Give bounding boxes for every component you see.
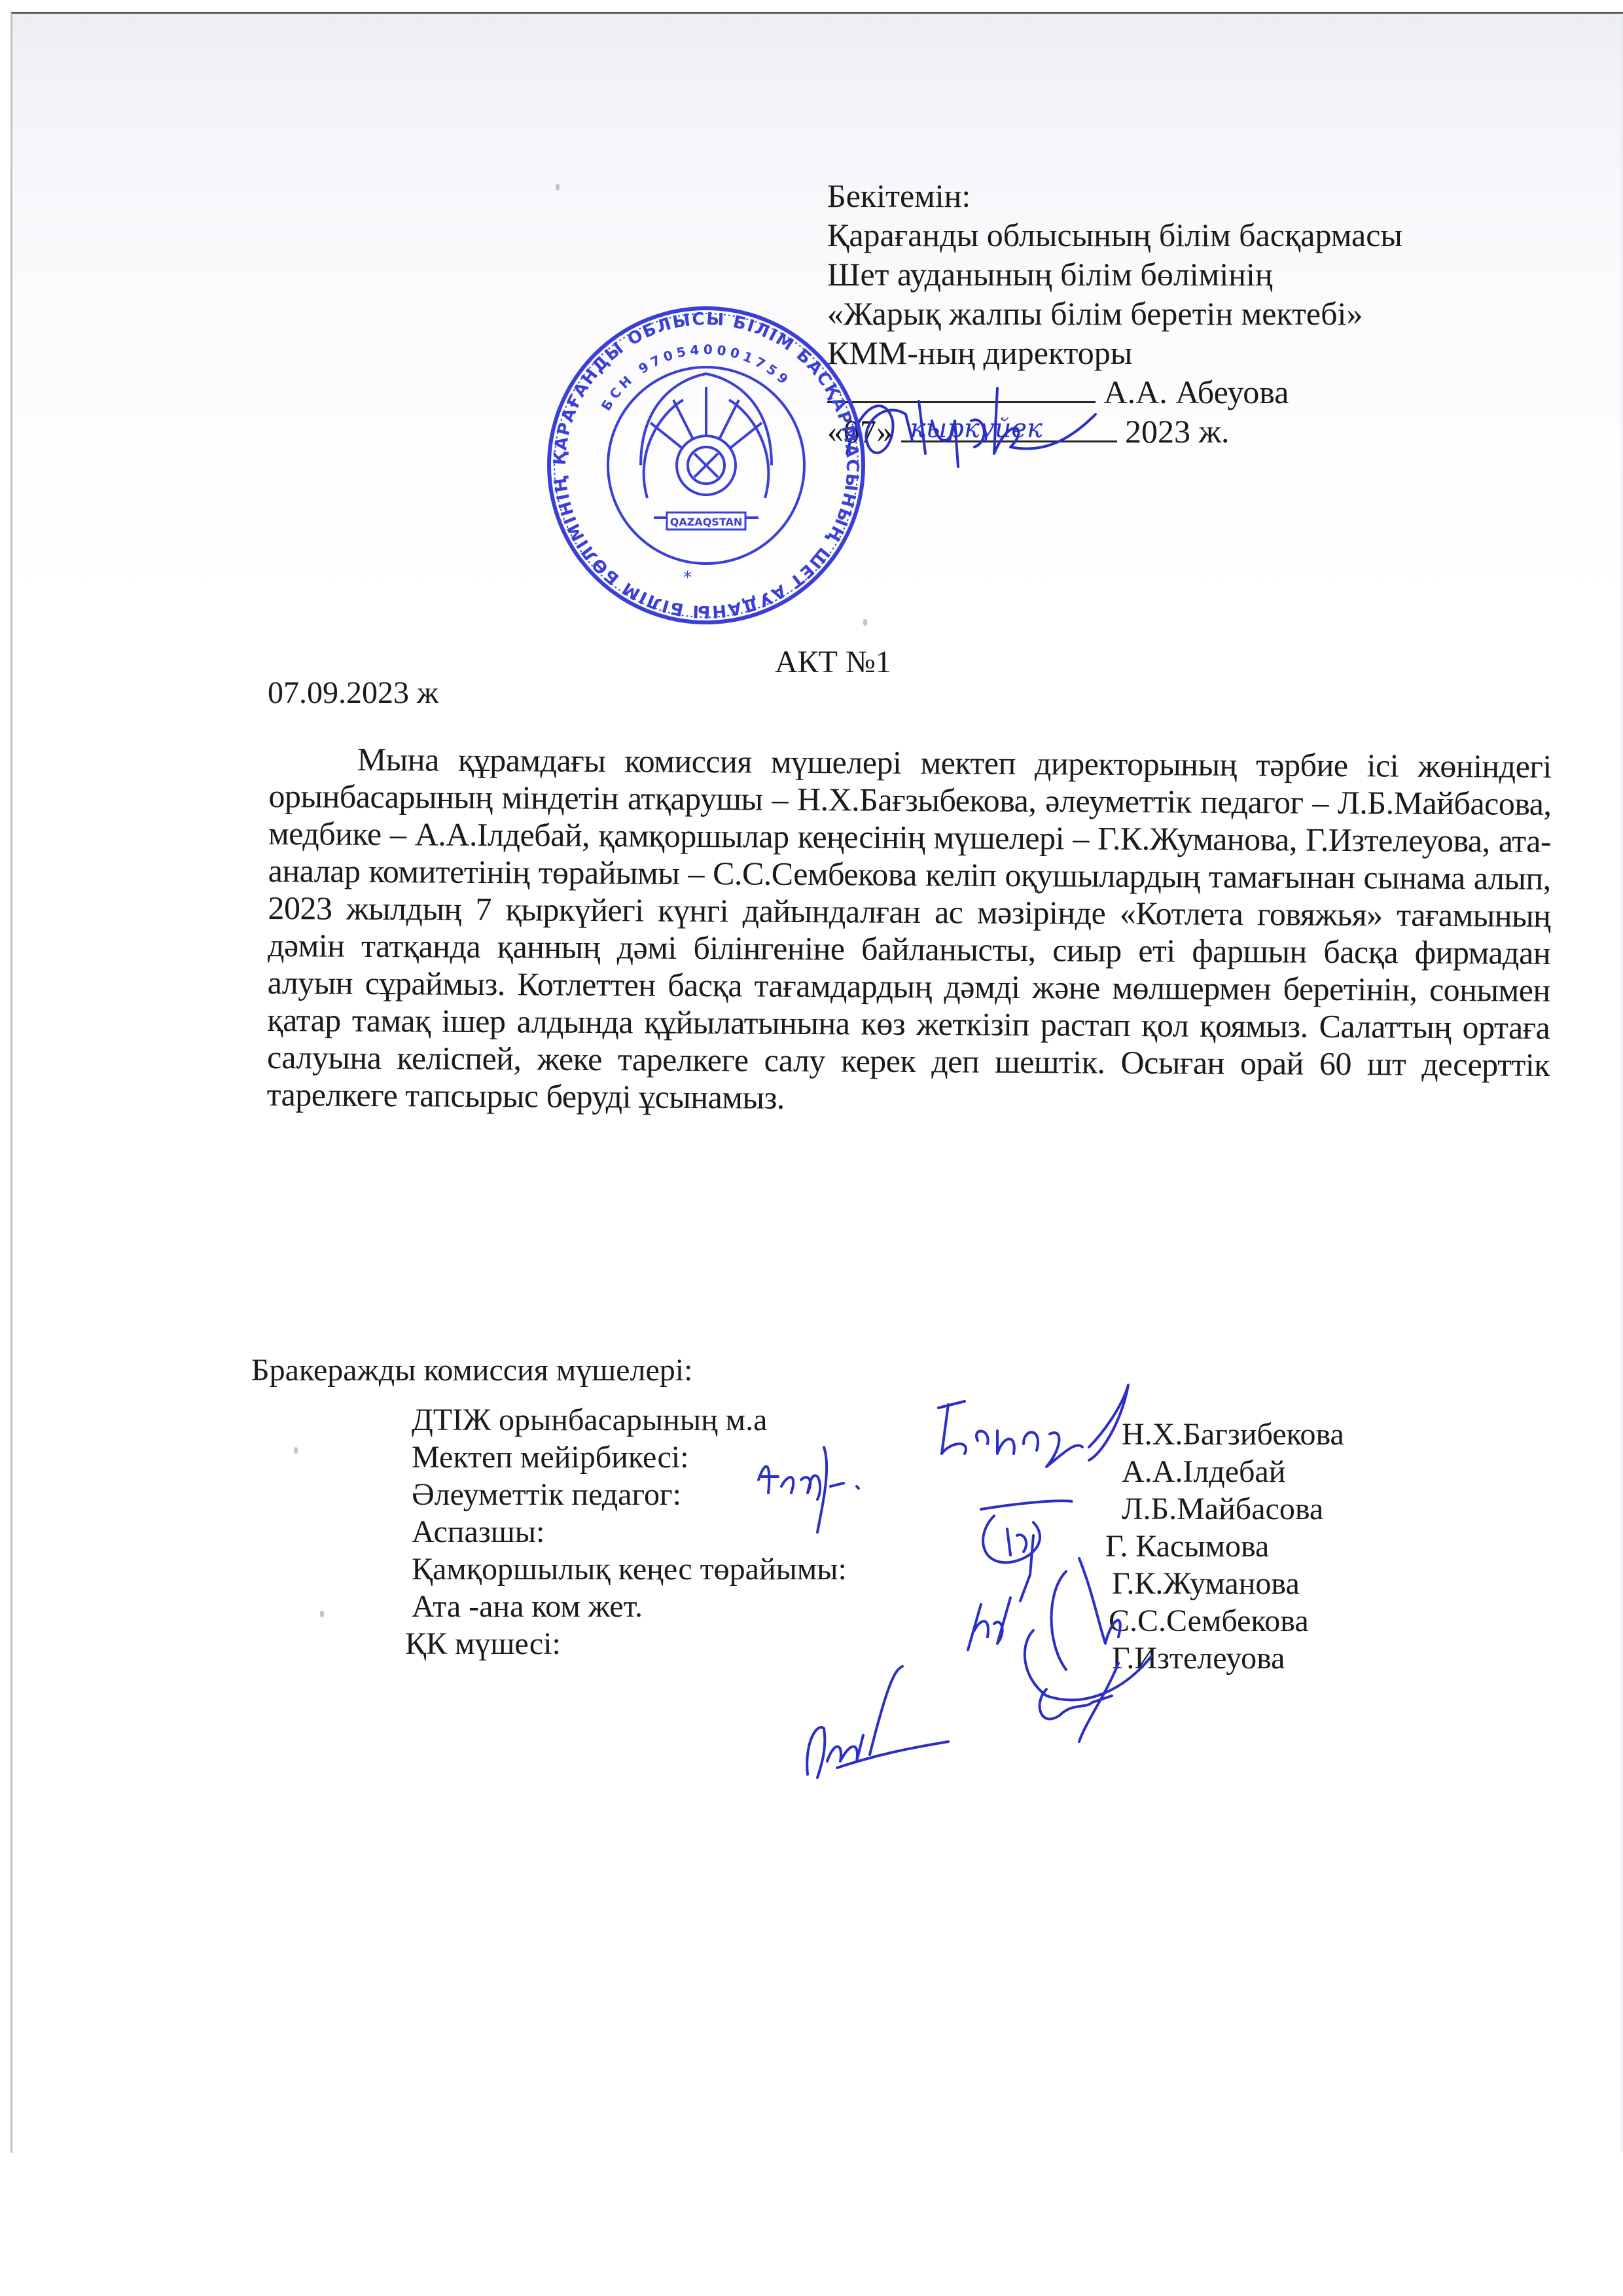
scan-speck bbox=[863, 619, 867, 626]
approval-org-line-3: «Жарық жалпы білім беретін мектебі» bbox=[827, 294, 1402, 333]
stamp-emblem-label: QAZAQSTAN bbox=[670, 516, 743, 528]
approval-org-line-2: Шет ауданының білім бөлімінің bbox=[827, 255, 1402, 294]
act-body: Мына құрамдағы комиссия мүшелері мектеп … bbox=[267, 740, 1552, 1121]
member-role: Ата -ана ком жет. bbox=[412, 1588, 847, 1625]
scan-speck bbox=[556, 184, 560, 190]
member-role: Қамқоршылық кеңес төрайымы: bbox=[412, 1551, 847, 1588]
approval-heading: Бекітемін: bbox=[827, 176, 1402, 215]
member-name: Н.Х.Багзибекова bbox=[1122, 1416, 1344, 1453]
member-name: А.А.Ілдебай bbox=[1122, 1453, 1344, 1490]
scan-speck bbox=[320, 1611, 324, 1617]
document-title: АКТ №1 bbox=[775, 644, 891, 680]
document-date: 07.09.2023 ж bbox=[268, 675, 438, 711]
scan-speck bbox=[294, 1447, 298, 1454]
signature-zhumanova-sembekova-icon bbox=[955, 1552, 1158, 1748]
member-role: ҚК мүшесі: bbox=[405, 1625, 847, 1662]
official-stamp-icon: ҚАРАҒАНДЫ ОБЛЫСЫ БІЛІМ БАСҚАРМАСЫНЫҢ ШЕТ… bbox=[543, 302, 870, 629]
member-name: Л.Б.Майбасова bbox=[1122, 1490, 1344, 1528]
signature-ildebay-icon bbox=[752, 1441, 883, 1545]
signature-bagzibekova-icon bbox=[925, 1382, 1135, 1473]
commission-heading: Бракеражды комиссия мүшелері: bbox=[251, 1352, 692, 1388]
scanned-page: Бекітемін: Қарағанды облысының білім бас… bbox=[10, 12, 1623, 2153]
director-signature-icon bbox=[834, 375, 1109, 486]
member-role: ДТІЖ орынбасарының м.а bbox=[412, 1401, 847, 1439]
signature-izteleuova-icon bbox=[798, 1663, 955, 1781]
svg-text:*: * bbox=[683, 568, 692, 588]
approval-org-line-4: КММ-ның директоры bbox=[827, 333, 1402, 372]
approval-date-year: 2023 ж. bbox=[1125, 413, 1230, 450]
director-name: А.А. Абеуова bbox=[1104, 374, 1289, 410]
act-body-paragraph: Мына құрамдағы комиссия мүшелері мектеп … bbox=[267, 740, 1552, 1121]
approval-org-line-1: Қарағанды облысының білім басқармасы bbox=[827, 215, 1402, 255]
